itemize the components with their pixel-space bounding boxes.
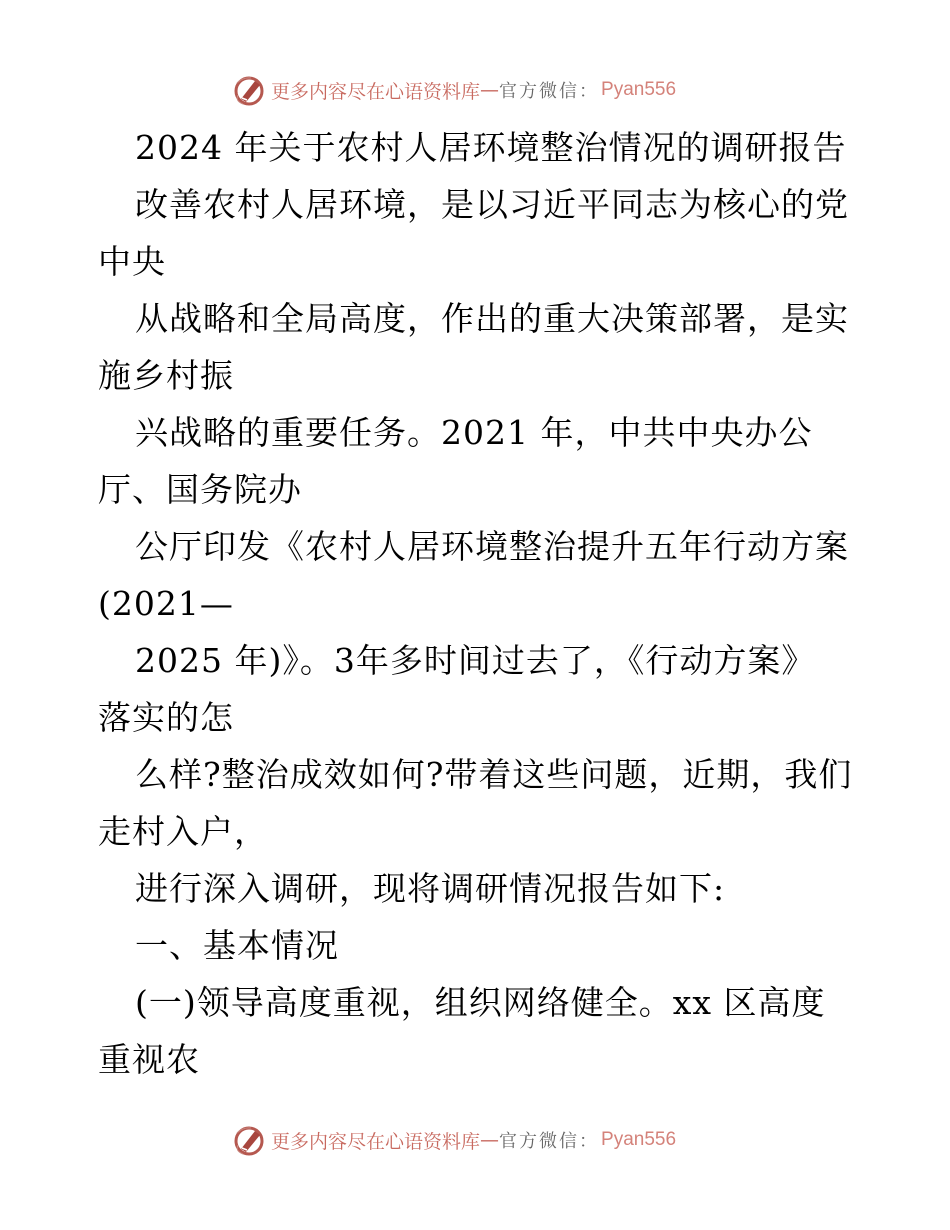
paragraph-line: 中央 bbox=[98, 242, 166, 282]
paragraph-line: (2021— bbox=[98, 584, 234, 624]
document-title: 2024 年关于农村人居环境整治情况的调研报告 bbox=[135, 128, 846, 168]
watermark-official-label: 官方微信： bbox=[499, 77, 599, 103]
watermark-footer: 更多内容尽在心语资料库 — 官方微信： Pyan556 bbox=[233, 1122, 676, 1158]
paragraph-line: 从战略和全局高度，作出的重大决策部署，是实 bbox=[135, 299, 849, 339]
watermark-wechat-id: Pyan556 bbox=[601, 79, 676, 101]
paragraph-line: 重视农 bbox=[98, 1040, 200, 1080]
paragraph-line: 么样?整治成效如何?带着这些问题，近期，我们 bbox=[135, 755, 852, 795]
pen-nib-logo-icon bbox=[233, 73, 267, 107]
paragraph-line: 兴战略的重要任务。2021 年，中共中央办公 bbox=[135, 413, 812, 453]
paragraph-line: 改善农村人居环境，是以习近平同志为核心的党 bbox=[135, 185, 849, 225]
watermark-brand-text: 更多内容尽在心语资料库 bbox=[271, 1127, 480, 1154]
section-heading: 一、基本情况 bbox=[135, 926, 339, 966]
paragraph-line: 施乡村振 bbox=[98, 356, 234, 396]
watermark-dash: — bbox=[480, 79, 499, 101]
watermark-dash: — bbox=[480, 1129, 499, 1151]
watermark-header: 更多内容尽在心语资料库 — 官方微信： Pyan556 bbox=[233, 72, 676, 108]
paragraph-line: 2025 年)》。3年多时间过去了，《行动方案》 bbox=[135, 641, 815, 681]
watermark-brand-text: 更多内容尽在心语资料库 bbox=[271, 77, 480, 104]
paragraph-line: 厅、国务院办 bbox=[98, 470, 302, 510]
paragraph-line: 走村入户， bbox=[98, 812, 268, 852]
paragraph-line: 公厅印发《农村人居环境整治提升五年行动方案 bbox=[135, 527, 849, 567]
watermark-wechat-id: Pyan556 bbox=[601, 1129, 676, 1151]
paragraph-line: 进行深入调研，现将调研情况报告如下: bbox=[135, 869, 725, 909]
pen-nib-logo-icon bbox=[233, 1123, 267, 1157]
watermark-official-label: 官方微信： bbox=[499, 1127, 599, 1153]
subsection-heading: (一)领导高度重视，组织网络健全。xx 区高度 bbox=[135, 983, 825, 1023]
paragraph-line: 落实的怎 bbox=[98, 698, 234, 738]
